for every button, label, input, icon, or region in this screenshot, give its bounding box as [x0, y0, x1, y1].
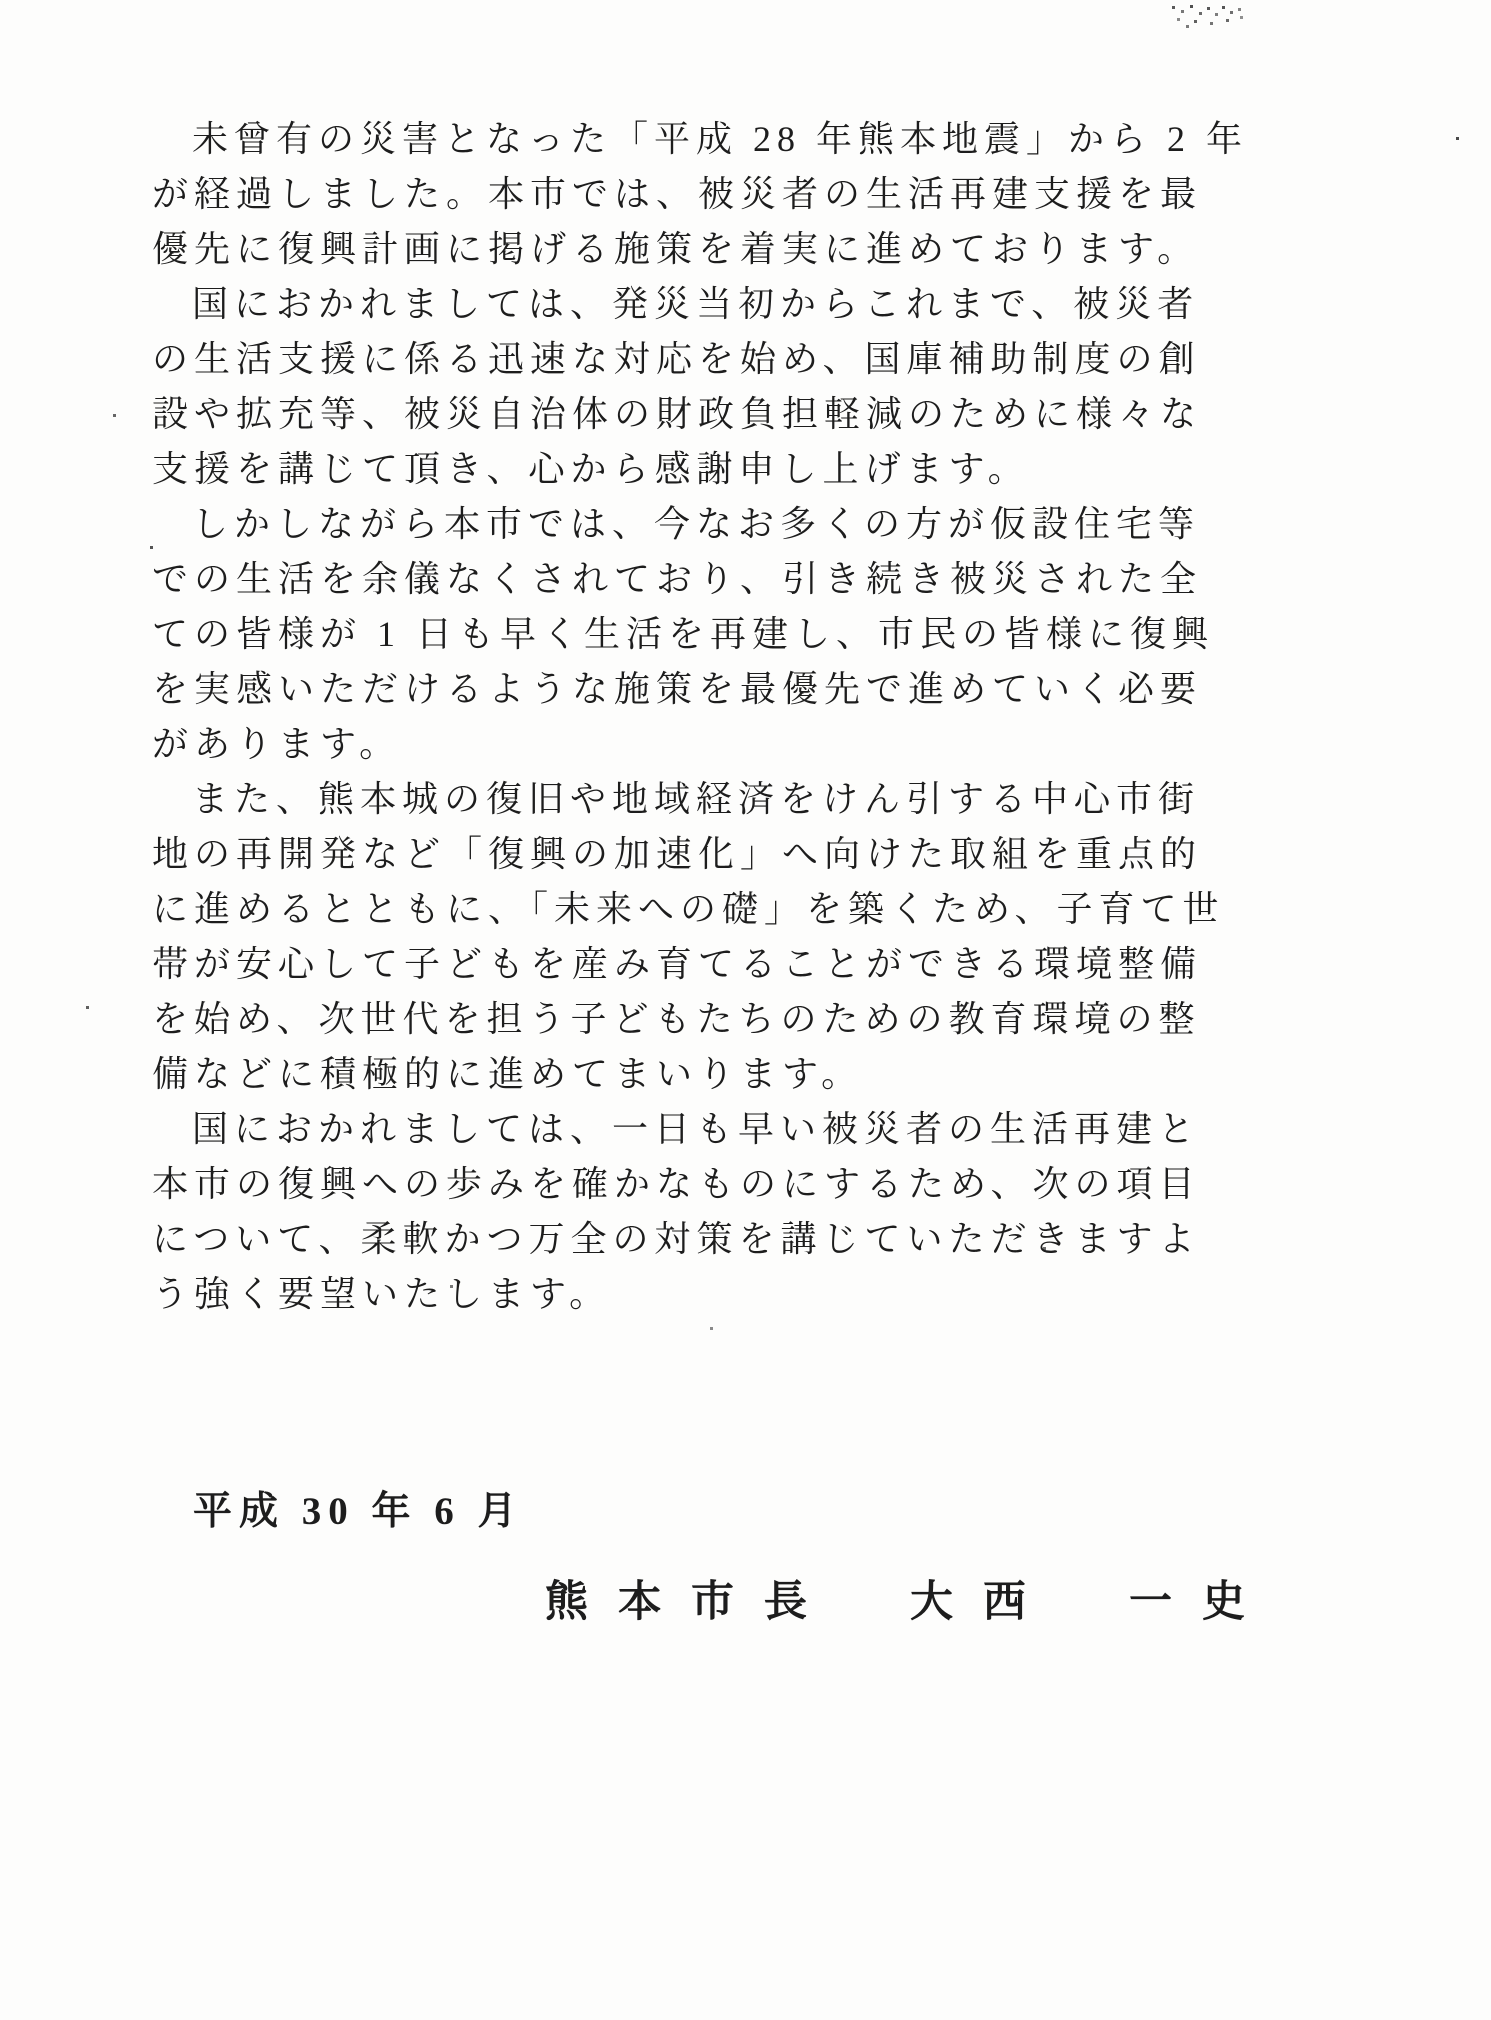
scan-noise-speckle	[0, 0, 3, 3]
text-line: 支援を講じて頂き、心から感謝申し上げます。	[152, 442, 1212, 497]
text-line: での生活を余儀なくされており、引き続き被災された全	[152, 552, 1212, 607]
text-line: に進めるとともに、「未来への礎」を築くため、子育て世	[152, 882, 1212, 937]
scanned-letter-page: 未曾有の災害となった「平成 28 年熊本地震」から 2 年 が経過しました。本市…	[0, 0, 1491, 2020]
text-line: 国におかれましては、発災当初からこれまで、被災者	[152, 277, 1212, 332]
text-line: について、柔軟かつ万全の対策を講じていただきますよ	[152, 1212, 1212, 1267]
letter-date: 平成 30 年 6 月	[193, 1480, 524, 1536]
text-line: また、熊本城の復旧や地域経済をけん引する中心市街	[152, 772, 1212, 827]
text-line: 国におかれましては、一日も早い被災者の生活再建と	[152, 1102, 1212, 1157]
text-line: 設や拡充等、被災自治体の財政負担軽減のために様々な	[152, 387, 1212, 442]
text-line: 未曾有の災害となった「平成 28 年熊本地震」から 2 年	[152, 112, 1212, 167]
text-line: を始め、次世代を担う子どもたちのための教育環境の整	[152, 992, 1212, 1047]
text-line: の生活支援に係る迅速な対応を始め、国庫補助制度の創	[152, 332, 1212, 387]
text-line: を実感いただけるような施策を最優先で進めていく必要	[152, 662, 1212, 717]
letter-body: 未曾有の災害となった「平成 28 年熊本地震」から 2 年 が経過しました。本市…	[152, 112, 1212, 1322]
text-line: 本市の復興への歩みを確かなものにするため、次の項目	[152, 1157, 1212, 1212]
text-line: う強く要望いたします。	[152, 1267, 1212, 1322]
signature-mayor-name: 熊本市長 大西 一史	[545, 1568, 1275, 1629]
text-line: 優先に復興計画に掲げる施策を着実に進めております。	[152, 222, 1212, 277]
text-line: 備などに積極的に進めてまいります。	[152, 1047, 1212, 1102]
text-line: が経過しました。本市では、被災者の生活再建支援を最	[152, 167, 1212, 222]
text-line: しかしながら本市では、今なお多くの方が仮設住宅等	[152, 497, 1212, 552]
text-line: 地の再開発など「復興の加速化」へ向けた取組を重点的	[152, 827, 1212, 882]
text-line: 帯が安心して子どもを産み育てることができる環境整備	[152, 937, 1212, 992]
text-line: があります。	[152, 717, 1212, 772]
text-line: ての皆様が 1 日も早く生活を再建し、市民の皆様に復興	[152, 607, 1212, 662]
